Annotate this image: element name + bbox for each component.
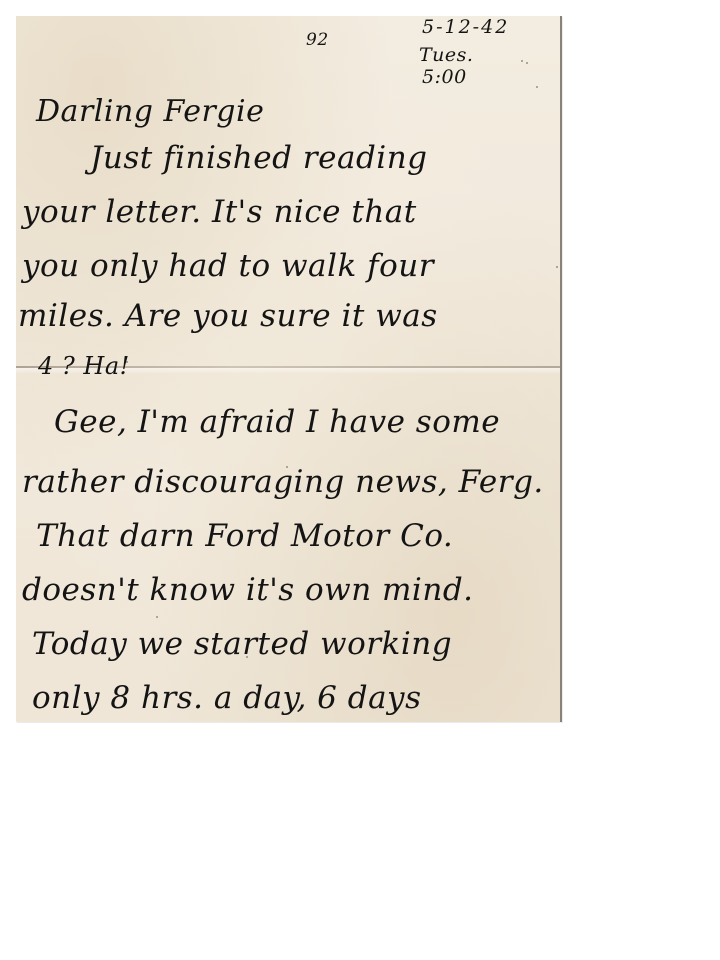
letter-line: miles. Are you sure it was: [18, 298, 438, 334]
letter-line: Gee, I'm afraid I have some: [54, 404, 500, 440]
page-number: 92: [306, 30, 329, 50]
letter-line: rather discouraging news, Ferg.: [22, 464, 544, 500]
letter-line: That darn Ford Motor Co.: [36, 518, 453, 554]
letter-line: 4 ? Ha!: [38, 352, 130, 380]
letter-line: you only had to walk four: [22, 248, 434, 284]
salutation: Darling Fergie: [36, 94, 264, 129]
letter-time: 5:00: [422, 66, 467, 88]
letter-day: Tues.: [419, 44, 473, 66]
letter-line: only 8 hrs. a day, 6 days: [32, 680, 421, 716]
letter-page: 92 5-12-42 Tues. 5:00 Darling Fergie Jus…: [16, 16, 562, 722]
letter-line: doesn't know it's own mind.: [22, 572, 474, 608]
letter-line: Just finished reading: [90, 140, 428, 176]
letter-line: Today we started working: [32, 626, 452, 662]
letter-line: your letter. It's nice that: [22, 194, 417, 230]
letter-date: 5-12-42: [422, 16, 509, 38]
